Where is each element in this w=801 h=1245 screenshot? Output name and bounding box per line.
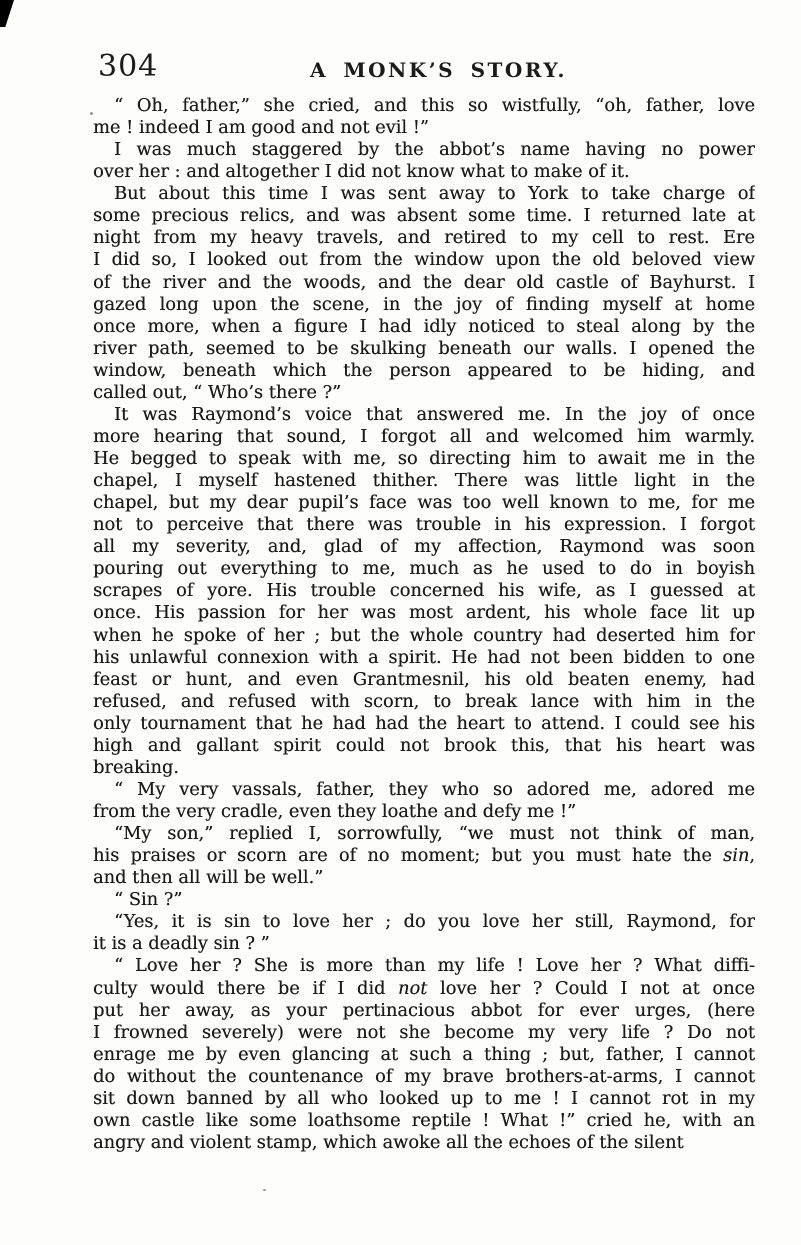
text-line-p3-l7: once more, when a figure I had idly noti…	[93, 316, 755, 338]
text-line-p1-l2: me ! indeed I am good and not evil !”	[93, 117, 755, 139]
text-line-p4-l14: refused, and refused with scorn, to brea…	[93, 691, 755, 713]
text-line-p5-l1: “ My very vassals, father, they who so a…	[93, 779, 755, 801]
text-line-p4-l1: It was Raymond’s voice that answered me.…	[93, 404, 755, 426]
text-line-p2-l1: I was much staggered by the abbot’s name…	[93, 139, 755, 161]
ink-speck	[263, 1189, 266, 1191]
text-line-p3-l8: river path, seemed to be skulking beneat…	[93, 338, 755, 360]
text-line-p4-l3: He begged to speak with me, so directing…	[93, 448, 755, 470]
text-line-p6-l1: “My son,” replied I, sorrowfully, “we mu…	[93, 823, 755, 845]
text-line-p3-l4: I did so, I looked out from the window u…	[93, 249, 755, 271]
text-line-p8-l2: it is a deadly sin ? ”	[93, 933, 755, 955]
body-text-block: “ Oh, father,” she cried, and this so wi…	[93, 95, 755, 1154]
text-line-p9-l7: sit down banned by all who looked up to …	[93, 1088, 755, 1110]
text-line-p5-l2: from the very cradle, even they loathe a…	[93, 801, 755, 823]
text-line-p4-l17: breaking.	[93, 757, 755, 779]
text-line-p9-l5: enrage me by even glancing at such a thi…	[93, 1044, 755, 1066]
text-line-p9-l6: do without the countenance of my brave b…	[93, 1066, 755, 1088]
text-line-p4-l11: when he spoke of her ; but the whole cou…	[93, 625, 755, 647]
text-line-p2-l2: over her : and altogether I did not know…	[93, 161, 755, 183]
text-line-p4-l16: high and gallant spirit could not brook …	[93, 735, 755, 757]
text-line-p9-l9: angry and violent stamp, which awoke all…	[93, 1132, 755, 1154]
text-line-p9-l3: put her away, as your pertinacious abbot…	[93, 1000, 755, 1022]
text-line-p4-l15: only tournament that he had had the hear…	[93, 713, 755, 735]
text-line-p3-l3: night from my heavy travels, and retired…	[93, 227, 755, 249]
text-line-p3-l10: called out, “ Who’s there ?”	[93, 382, 755, 404]
text-line-p6-l3: and then all will be well.”	[93, 867, 755, 889]
text-line-p8-l1: “Yes, it is sin to love her ; do you lov…	[93, 911, 755, 933]
text-line-p3-l1: But about this time I was sent away to Y…	[93, 183, 755, 205]
text-line-p9-l8: own castle like some loathsome reptile !…	[93, 1110, 755, 1132]
text-line-p3-l9: window, beneath which the person appeare…	[93, 360, 755, 382]
text-line-p4-l2: more hearing that sound, I forgot all an…	[93, 426, 755, 448]
text-line-p6-l2: his praises or scorn are of no moment; b…	[93, 845, 755, 867]
text-line-p4-l5: chapel, but my dear pupil’s face was too…	[93, 492, 755, 514]
text-line-p4-l4: chapel, I myself hastened thither. There…	[93, 470, 755, 492]
text-line-p1-l1: “ Oh, father,” she cried, and this so wi…	[93, 95, 755, 117]
text-line-p4-l8: pouring out everything to me, much as he…	[93, 558, 755, 580]
text-line-p9-l4: I frowned severely) were not she become …	[93, 1022, 755, 1044]
text-line-p9-l2: culty would there be if I did not love h…	[93, 978, 755, 1000]
text-line-p3-l2: some precious relics, and was absent som…	[93, 205, 755, 227]
text-line-p3-l5: of the river and the woods, and the dear…	[93, 272, 755, 294]
running-title: A MONK’S STORY.	[118, 60, 759, 80]
text-line-p7-l1: “ Sin ?”	[93, 889, 755, 911]
text-line-p9-l1: “ Love her ? She is more than my life ! …	[93, 955, 755, 977]
scan-artifact-corner	[0, 0, 14, 27]
book-page-scan: 304 A MONK’S STORY. “ Oh, father,” she c…	[0, 0, 801, 1245]
text-line-p3-l6: gazed long upon the scene, in the joy of…	[93, 294, 755, 316]
text-line-p4-l10: once. His passion for her was most arden…	[93, 602, 755, 624]
text-line-p4-l12: his unlawful connexion with a spirit. He…	[93, 647, 755, 669]
text-line-p4-l13: feast or hunt, and even Grantmesnil, his…	[93, 669, 755, 691]
text-line-p4-l9: scrapes of yore. His trouble concerned h…	[93, 580, 755, 602]
text-line-p4-l7: all my severity, and, glad of my affecti…	[93, 536, 755, 558]
text-line-p4-l6: not to perceive that there was trouble i…	[93, 514, 755, 536]
